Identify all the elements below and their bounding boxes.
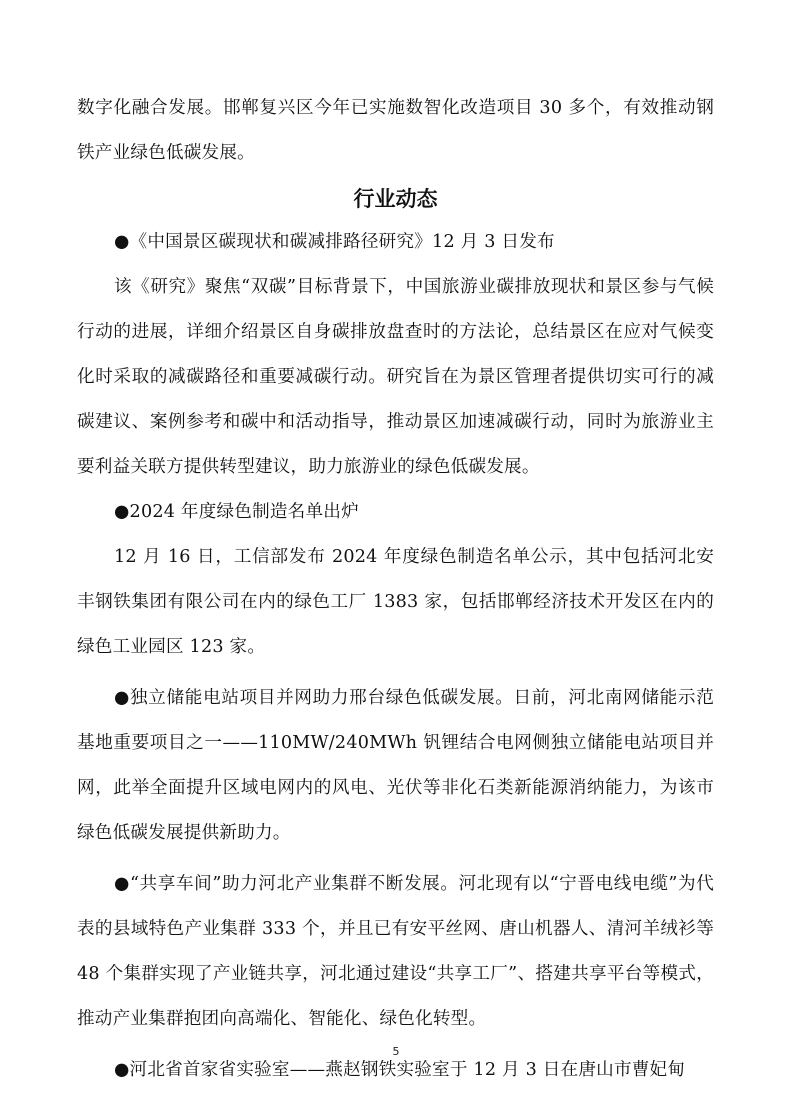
- news-paragraph: ●“共享车间”助力河北产业集群不断发展。河北现有以“宁晋电线电缆”为代表的县域特…: [77, 862, 714, 1042]
- page-number: 5: [0, 1045, 792, 1058]
- document-page: 数字化融合发展。邯郸复兴区今年已实施数智化改造项目 30 多个，有效推动钢铁产业…: [77, 86, 714, 1093]
- section-title: 行业动态: [77, 179, 714, 219]
- item-body: 12 月 16 日，工信部发布 2024 年度绿色制造名单公示，其中包括河北安丰…: [77, 535, 714, 670]
- item-headline: ●2024 年度绿色制造名单出炉: [77, 490, 714, 535]
- item-headline: ●《中国景区碳现状和碳减排路径研究》12 月 3 日发布: [77, 220, 714, 265]
- continued-paragraph: 数字化融合发展。邯郸复兴区今年已实施数智化改造项目 30 多个，有效推动钢铁产业…: [77, 86, 714, 176]
- item-body: 该《研究》聚焦“双碳”目标背景下，中国旅游业碳排放现状和景区参与气候行动的进展，…: [77, 265, 714, 490]
- news-paragraph: ●独立储能电站项目并网助力邢台绿色低碳发展。日前，河北南网储能示范基地重要项目之…: [77, 676, 714, 856]
